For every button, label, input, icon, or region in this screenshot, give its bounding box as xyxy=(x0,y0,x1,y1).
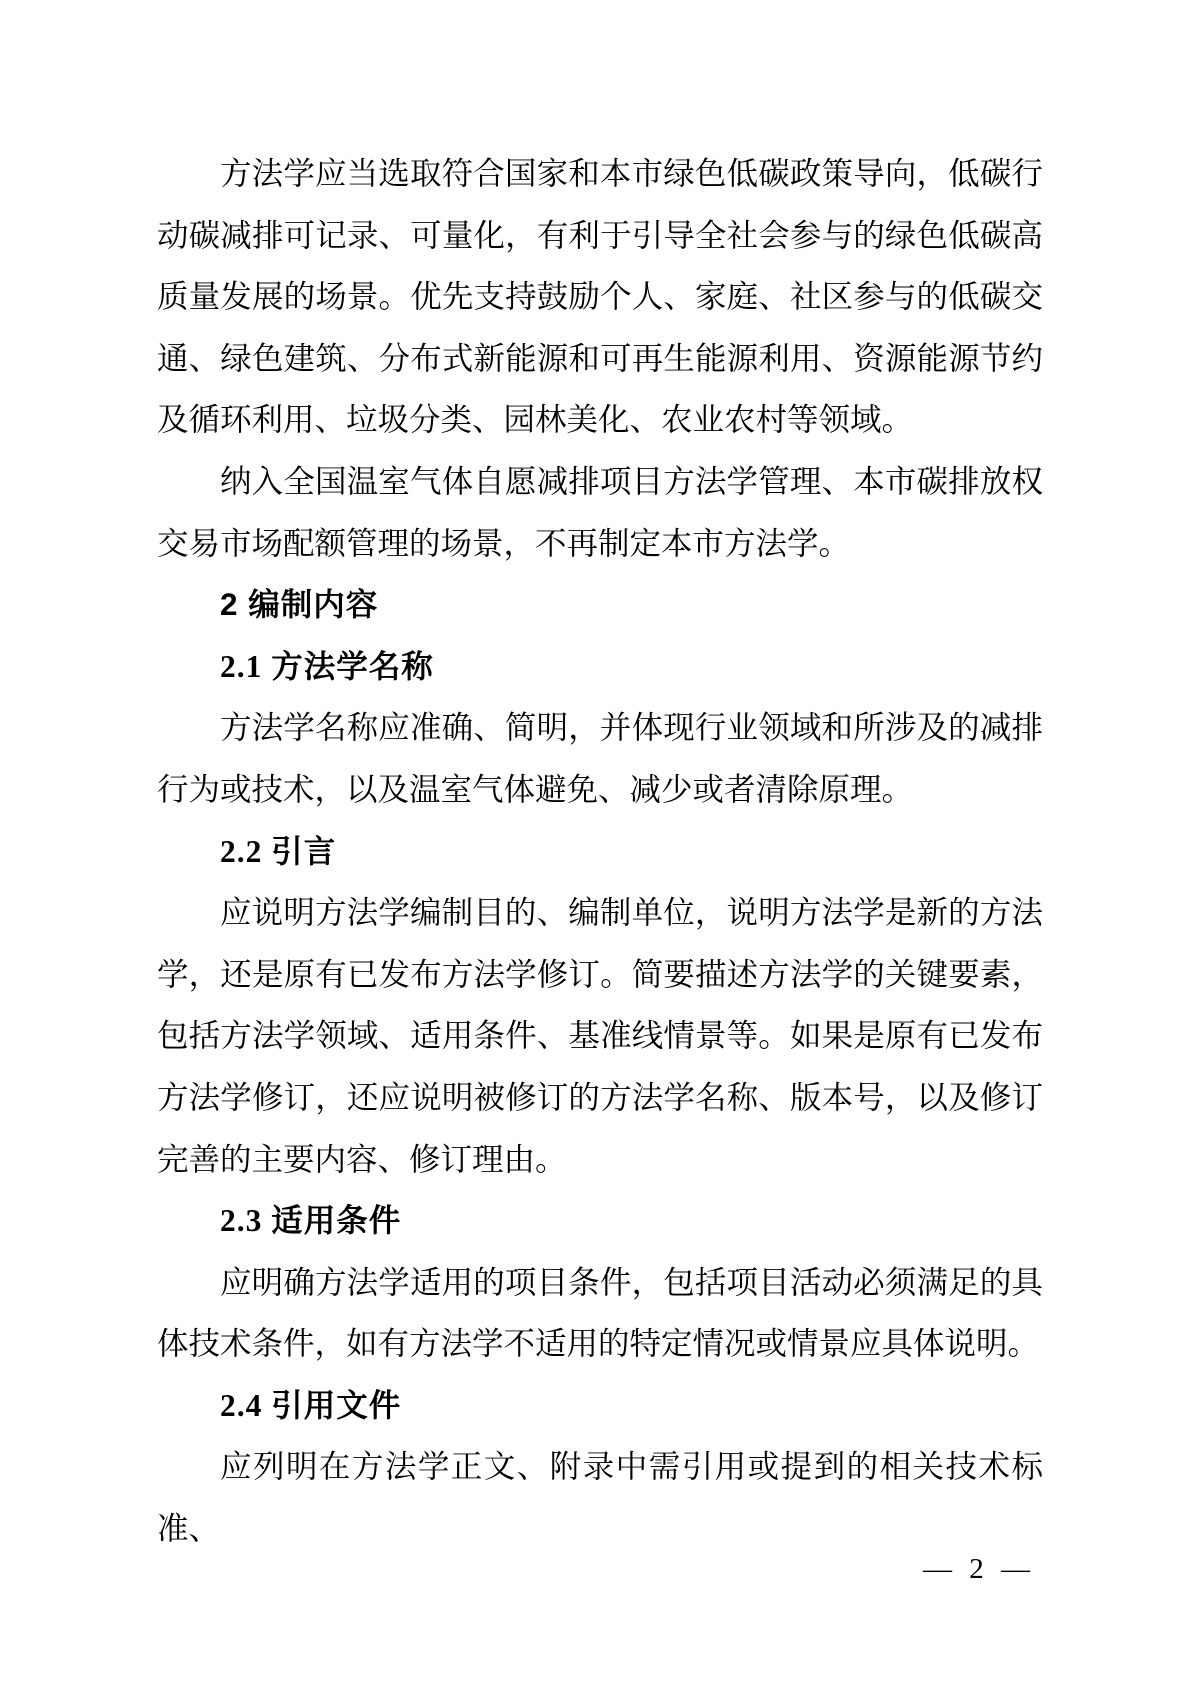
paragraph-name-requirements: 方法学名称应准确、简明，并体现行业领域和所涉及的减排行为或技术，以及温室气体避免… xyxy=(157,697,1043,820)
paragraph-introduction-content: 应说明方法学编制目的、编制单位，说明方法学是新的方法学，还是原有已发布方法学修订… xyxy=(157,882,1043,1190)
document-page: 方法学应当选取符合国家和本市绿色低碳政策导向，低碳行动碳减排可记录、可量化，有利… xyxy=(0,0,1190,1683)
paragraph-policy-scenarios: 方法学应当选取符合国家和本市绿色低碳政策导向，低碳行动碳减排可记录、可量化，有利… xyxy=(157,143,1043,451)
heading-2-1-methodology-name: 2.1 方法学名称 xyxy=(157,636,1043,698)
paragraph-referenced-documents-content: 应列明在方法学正文、附录中需引用或提到的相关技术标准、 xyxy=(157,1436,1043,1559)
heading-2-2-introduction: 2.2 引言 xyxy=(157,821,1043,883)
heading-2-3-applicability-conditions: 2.3 适用条件 xyxy=(157,1190,1043,1252)
paragraph-national-management: 纳入全国温室气体自愿减排项目方法学管理、本市碳排放权交易市场配额管理的场景，不再… xyxy=(157,451,1043,574)
heading-section-2-compilation-content: 2 编制内容 xyxy=(157,574,1043,636)
paragraph-applicability-content: 应明确方法学适用的项目条件，包括项目活动必须满足的具体技术条件，如有方法学不适用… xyxy=(157,1252,1043,1375)
page-number: — 2 — xyxy=(923,1551,1035,1587)
document-body: 方法学应当选取符合国家和本市绿色低碳政策导向，低碳行动碳减排可记录、可量化，有利… xyxy=(157,143,1043,1560)
heading-2-4-referenced-documents: 2.4 引用文件 xyxy=(157,1375,1043,1437)
